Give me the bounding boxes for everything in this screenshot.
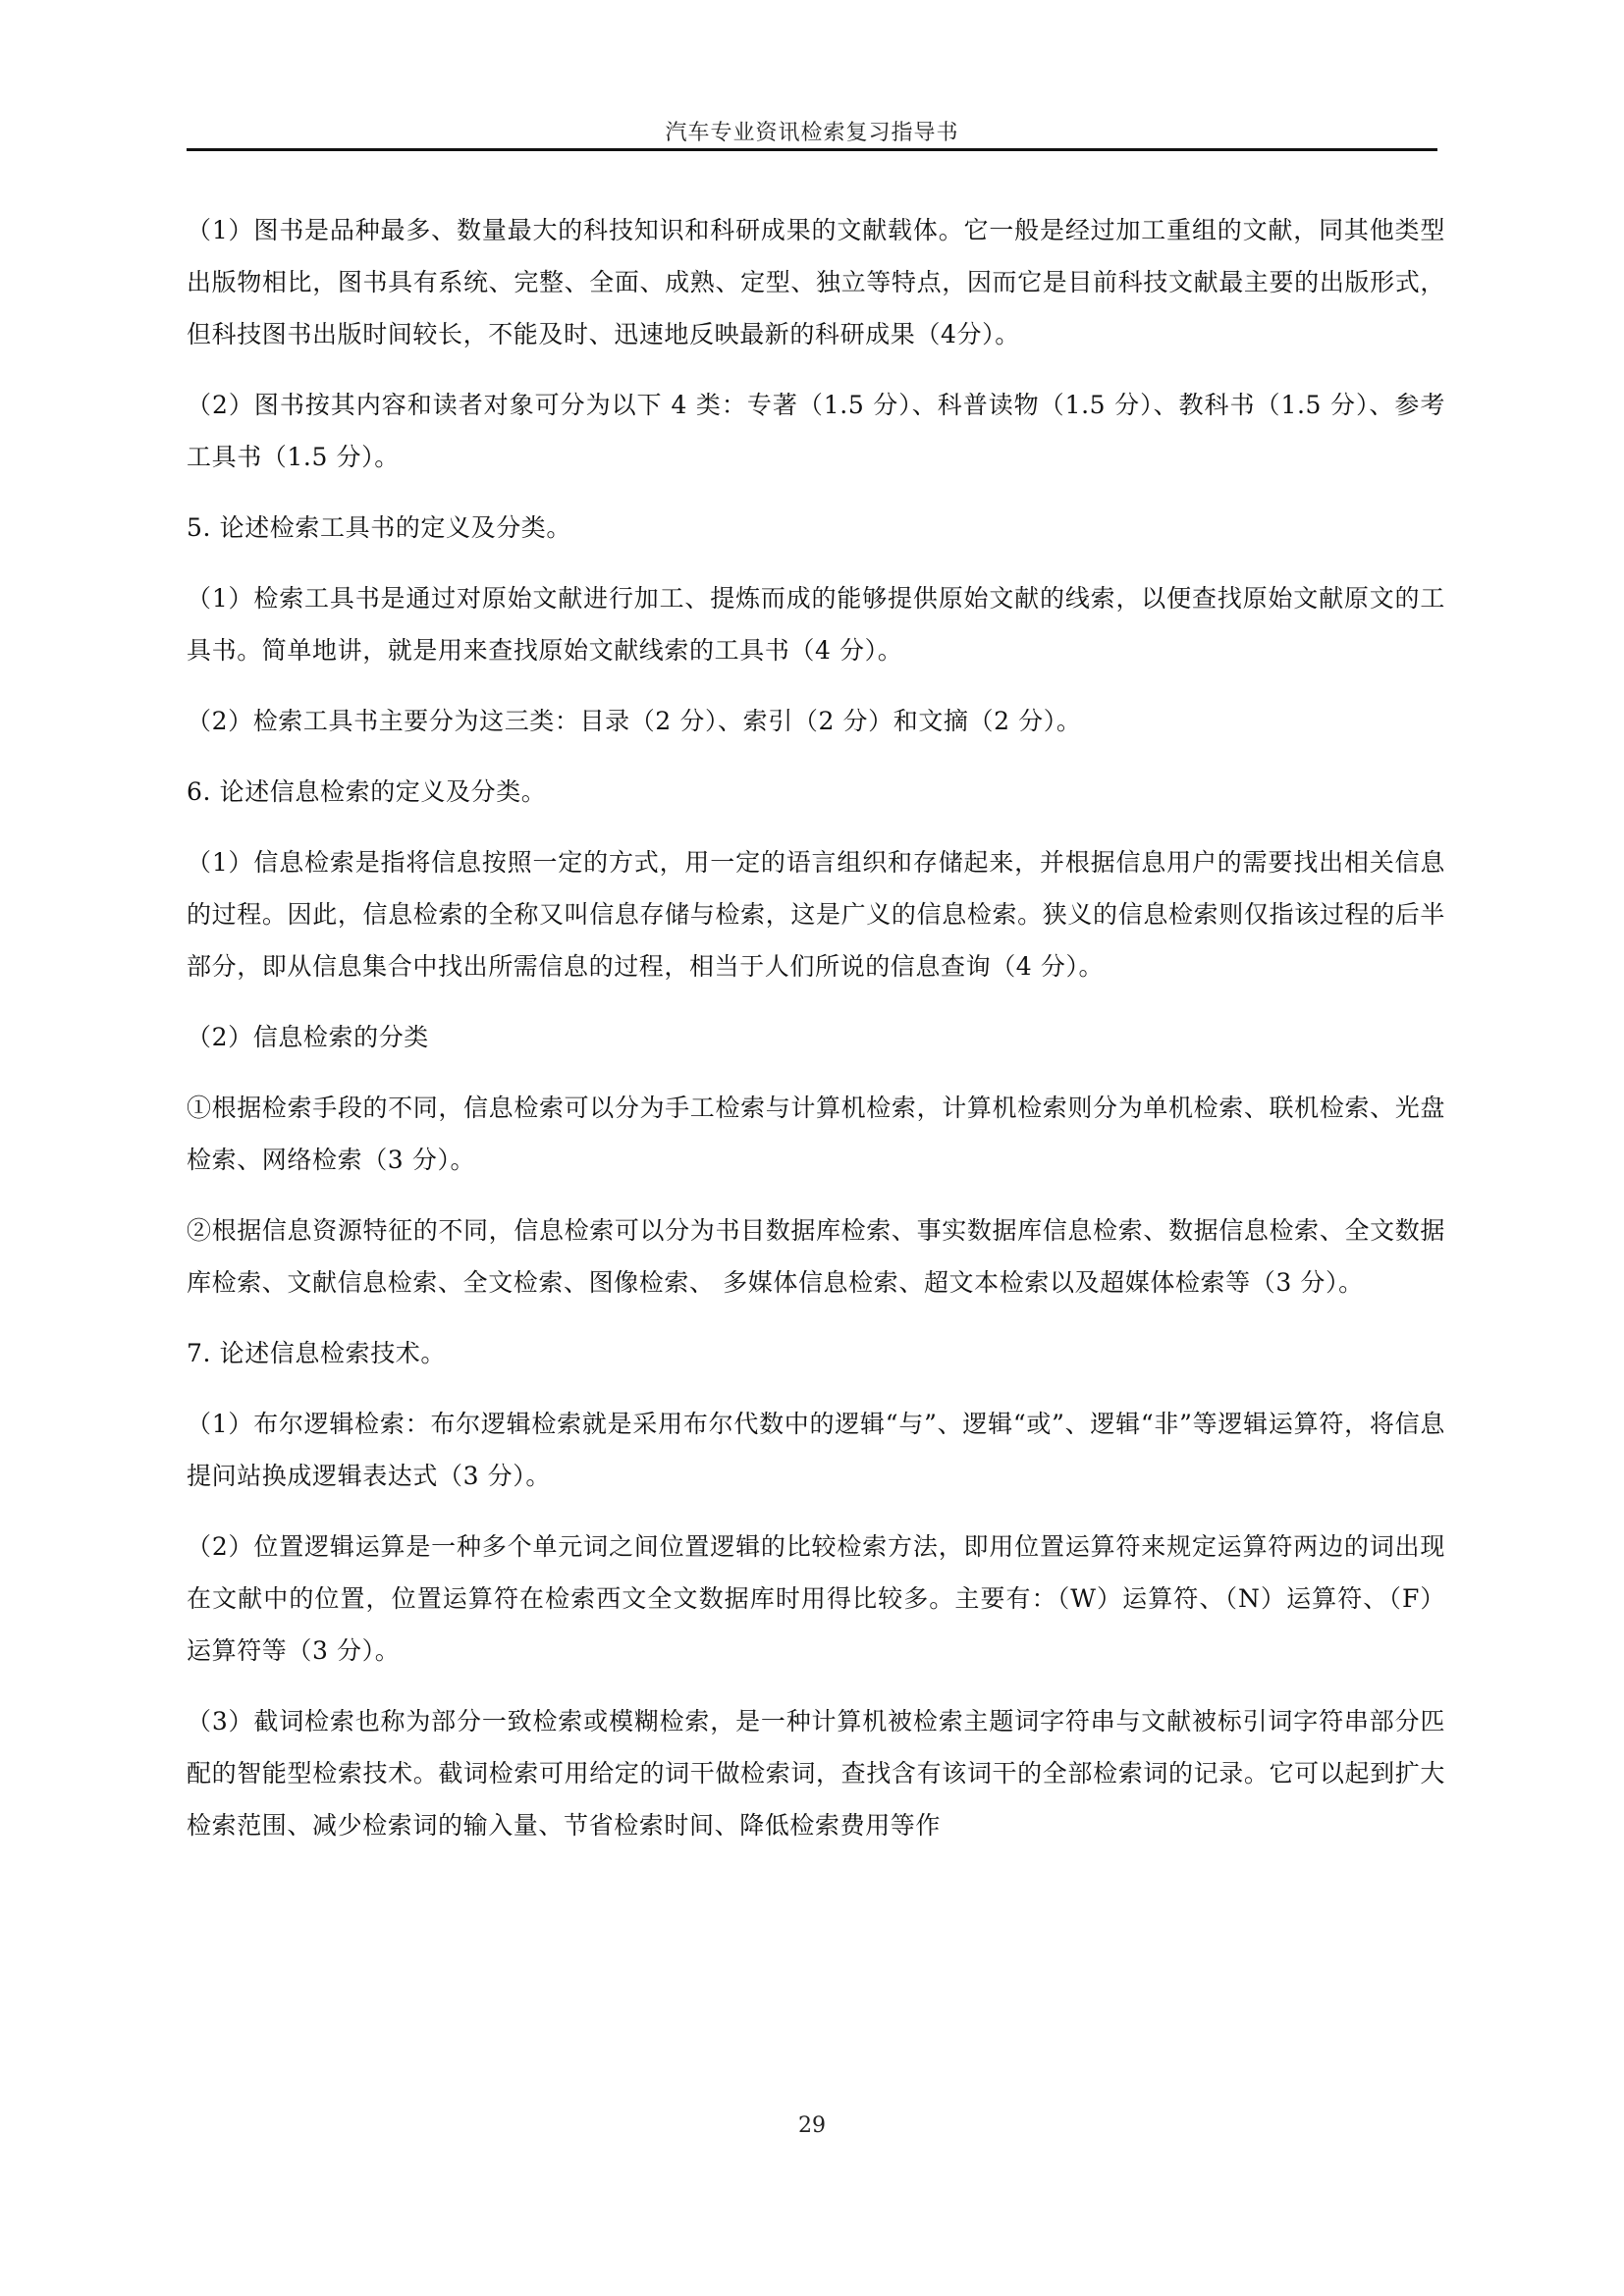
answer-paragraph: ②根据信息资源特征的不同，信息检索可以分为书目数据库检索、事实数据库信息检索、数… [187,1204,1445,1308]
answer-paragraph: （1）检索工具书是通过对原始文献进行加工、提炼而成的能够提供原始文献的线索，以便… [187,572,1445,676]
running-header-title: 汽车专业资讯检索复习指导书 [0,116,1624,146]
header-divider [187,148,1437,151]
question-heading: 7. 论述信息检索技术。 [187,1327,1445,1379]
answer-paragraph: （2）检索工具书主要分为这三类：目录（2 分）、索引（2 分）和文摘（2 分）。 [187,695,1445,747]
answer-paragraph: （1）图书是品种最多、数量最大的科技知识和科研成果的文献载体。它一般是经过加工重… [187,204,1445,360]
answer-paragraph: （1）信息检索是指将信息按照一定的方式，用一定的语言组织和存储起来，并根据信息用… [187,836,1445,992]
answer-paragraph: （3）截词检索也称为部分一致检索或模糊检索，是一种计算机被检索主题词字符串与文献… [187,1695,1445,1851]
answer-subheading: （2）信息检索的分类 [187,1011,1445,1063]
answer-paragraph: （1）布尔逻辑检索：布尔逻辑检索就是采用布尔代数中的逻辑“与”、逻辑“或”、逻辑… [187,1398,1445,1502]
page-body: （1）图书是品种最多、数量最大的科技知识和科研成果的文献载体。它一般是经过加工重… [187,204,1445,1870]
answer-paragraph: ①根据检索手段的不同，信息检索可以分为手工检索与计算机检索，计算机检索则分为单机… [187,1082,1445,1186]
question-heading: 5. 论述检索工具书的定义及分类。 [187,502,1445,554]
answer-paragraph: （2）位置逻辑运算是一种多个单元词之间位置逻辑的比较检索方法，即用位置运算符来规… [187,1521,1445,1677]
page-number: 29 [0,2113,1624,2138]
question-heading: 6. 论述信息检索的定义及分类。 [187,766,1445,818]
answer-paragraph: （2）图书按其内容和读者对象可分为以下 4 类：专著（1.5 分）、科普读物（1… [187,379,1445,483]
